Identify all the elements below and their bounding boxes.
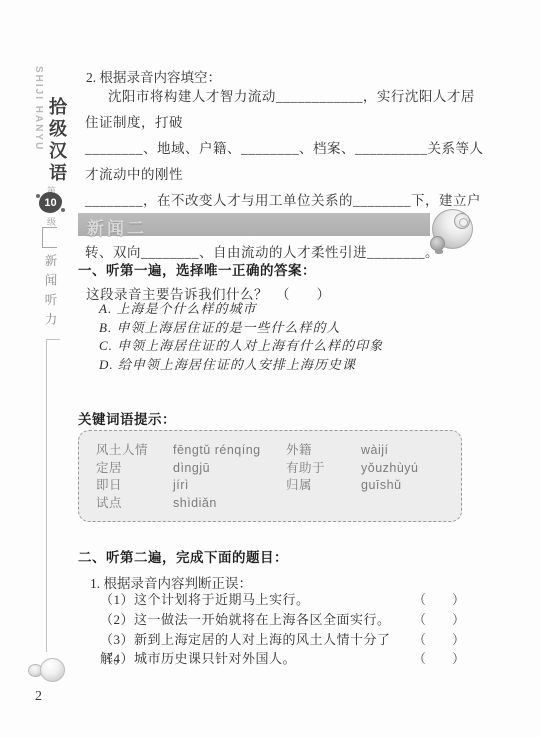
true-false-item: （4）城市历史课只针对外国人。 （ ） [100, 649, 465, 669]
keyword-word: 定居 [96, 460, 173, 478]
level-number: 10 [44, 197, 56, 209]
section-one-heading: 一、听第一遍，选择唯一正确的答案： [78, 259, 316, 279]
answer-parentheses: （ ） [413, 630, 465, 650]
answer-parentheses: （ ） [413, 649, 465, 669]
fill-in-heading: 2. 根据录音内容填空： [86, 66, 221, 86]
keyword-row: 即日 jírì 归属 guīshǔ [96, 477, 461, 495]
section-two-heading: 二、听第二遍，完成下面的题目： [78, 546, 288, 566]
keyword-row: 试点 shìdiǎn [96, 495, 461, 513]
option-b: B. 申领上海居住证的是一些什么样的人 [99, 319, 459, 338]
series-title-chinese: 拾级汉语 [44, 97, 70, 185]
pendant-balls-icon [26, 655, 68, 687]
keyword-row: 定居 dìngjū 有助于 yǒuzhùyú [96, 460, 461, 478]
true-false-item: （3）新到上海定居的人对上海的风土人情十分了解。 （ ） [100, 630, 465, 650]
keyword-pinyin: wàijí [361, 442, 461, 460]
series-title-latin: SHIJI HANYU [33, 66, 44, 151]
section-two-subheading: 1. 根据录音内容判断正误： [90, 572, 252, 592]
keyword-pinyin: jírì [173, 477, 286, 495]
fill-in-line: ________、地域、户籍、________、档案、__________关系等… [85, 136, 485, 188]
answer-parentheses: （ ） [413, 590, 465, 610]
keyword-pinyin [361, 495, 461, 513]
statement-text: （4）城市历史课只针对外国人。 [100, 649, 296, 669]
chapter-title-vertical: 新闻听力 [41, 254, 59, 332]
keyword-pinyin: guīshǔ [361, 477, 461, 495]
true-false-list: （1）这个计划将于近期马上实行。 （ ） （2）这一做法一开始就将在上海各区全面… [100, 590, 465, 669]
option-c: C. 申领上海居住证的人对上海有什么样的印象 [99, 337, 459, 356]
keyword-word [286, 495, 361, 513]
true-false-item: （1）这个计划将于近期马上实行。 （ ） [100, 590, 465, 610]
keywords-heading: 关键词语提示： [78, 408, 176, 428]
keyword-pinyin: yǒuzhùyú [361, 460, 461, 478]
banner-title: 新闻二 [87, 214, 147, 239]
margin-bracket [42, 227, 57, 248]
mascot-stub [435, 249, 443, 254]
level-number-badge: 10 [39, 192, 62, 213]
headphone-ball-mascot-icon [430, 207, 482, 255]
keyword-word: 归属 [286, 477, 361, 495]
options-list: A. 上海是个什么样的城市 B. 申领上海居住证的是一些什么样的人 C. 申领上… [99, 300, 459, 374]
statement-text: （1）这个计划将于近期马上实行。 [100, 590, 310, 610]
keywords-box: 风土人情 fēngtǔ rénqíng 外籍 wàijí 定居 dìngjū 有… [78, 430, 462, 522]
keyword-word: 即日 [96, 477, 173, 495]
statement-text: （2）这一做法一开始就将在上海各区全面实行。 [100, 610, 391, 630]
mascot-earphone-icon [454, 213, 470, 229]
page-number: 2 [35, 689, 42, 705]
keyword-word: 有助于 [286, 460, 361, 478]
option-a: A. 上海是个什么样的城市 [99, 300, 459, 319]
fill-in-line: 沈阳市将构建人才智力流动____________，实行沈阳人才居住证制度，打破 [85, 84, 485, 136]
keyword-pinyin: fēngtǔ rénqíng [173, 442, 286, 460]
keyword-word: 试点 [96, 495, 173, 513]
news-two-banner: 新闻二 [78, 213, 430, 236]
margin-rule-line [46, 339, 60, 652]
keyword-word: 风土人情 [96, 442, 173, 460]
answer-parentheses: （ ） [413, 610, 465, 630]
option-d: D. 给申领上海居住证的人安排上海历史课 [99, 356, 459, 375]
statement-text: （3）新到上海定居的人对上海的风土人情十分了解。 [100, 630, 413, 650]
keyword-pinyin: dìngjū [173, 460, 286, 478]
keyword-row: 风土人情 fēngtǔ rénqíng 外籍 wàijí [96, 442, 461, 460]
keyword-word: 外籍 [286, 442, 361, 460]
pendant-big-ball [40, 658, 65, 682]
keyword-pinyin: shìdiǎn [173, 495, 286, 513]
true-false-item: （2）这一做法一开始就将在上海各区全面实行。 （ ） [100, 610, 465, 630]
